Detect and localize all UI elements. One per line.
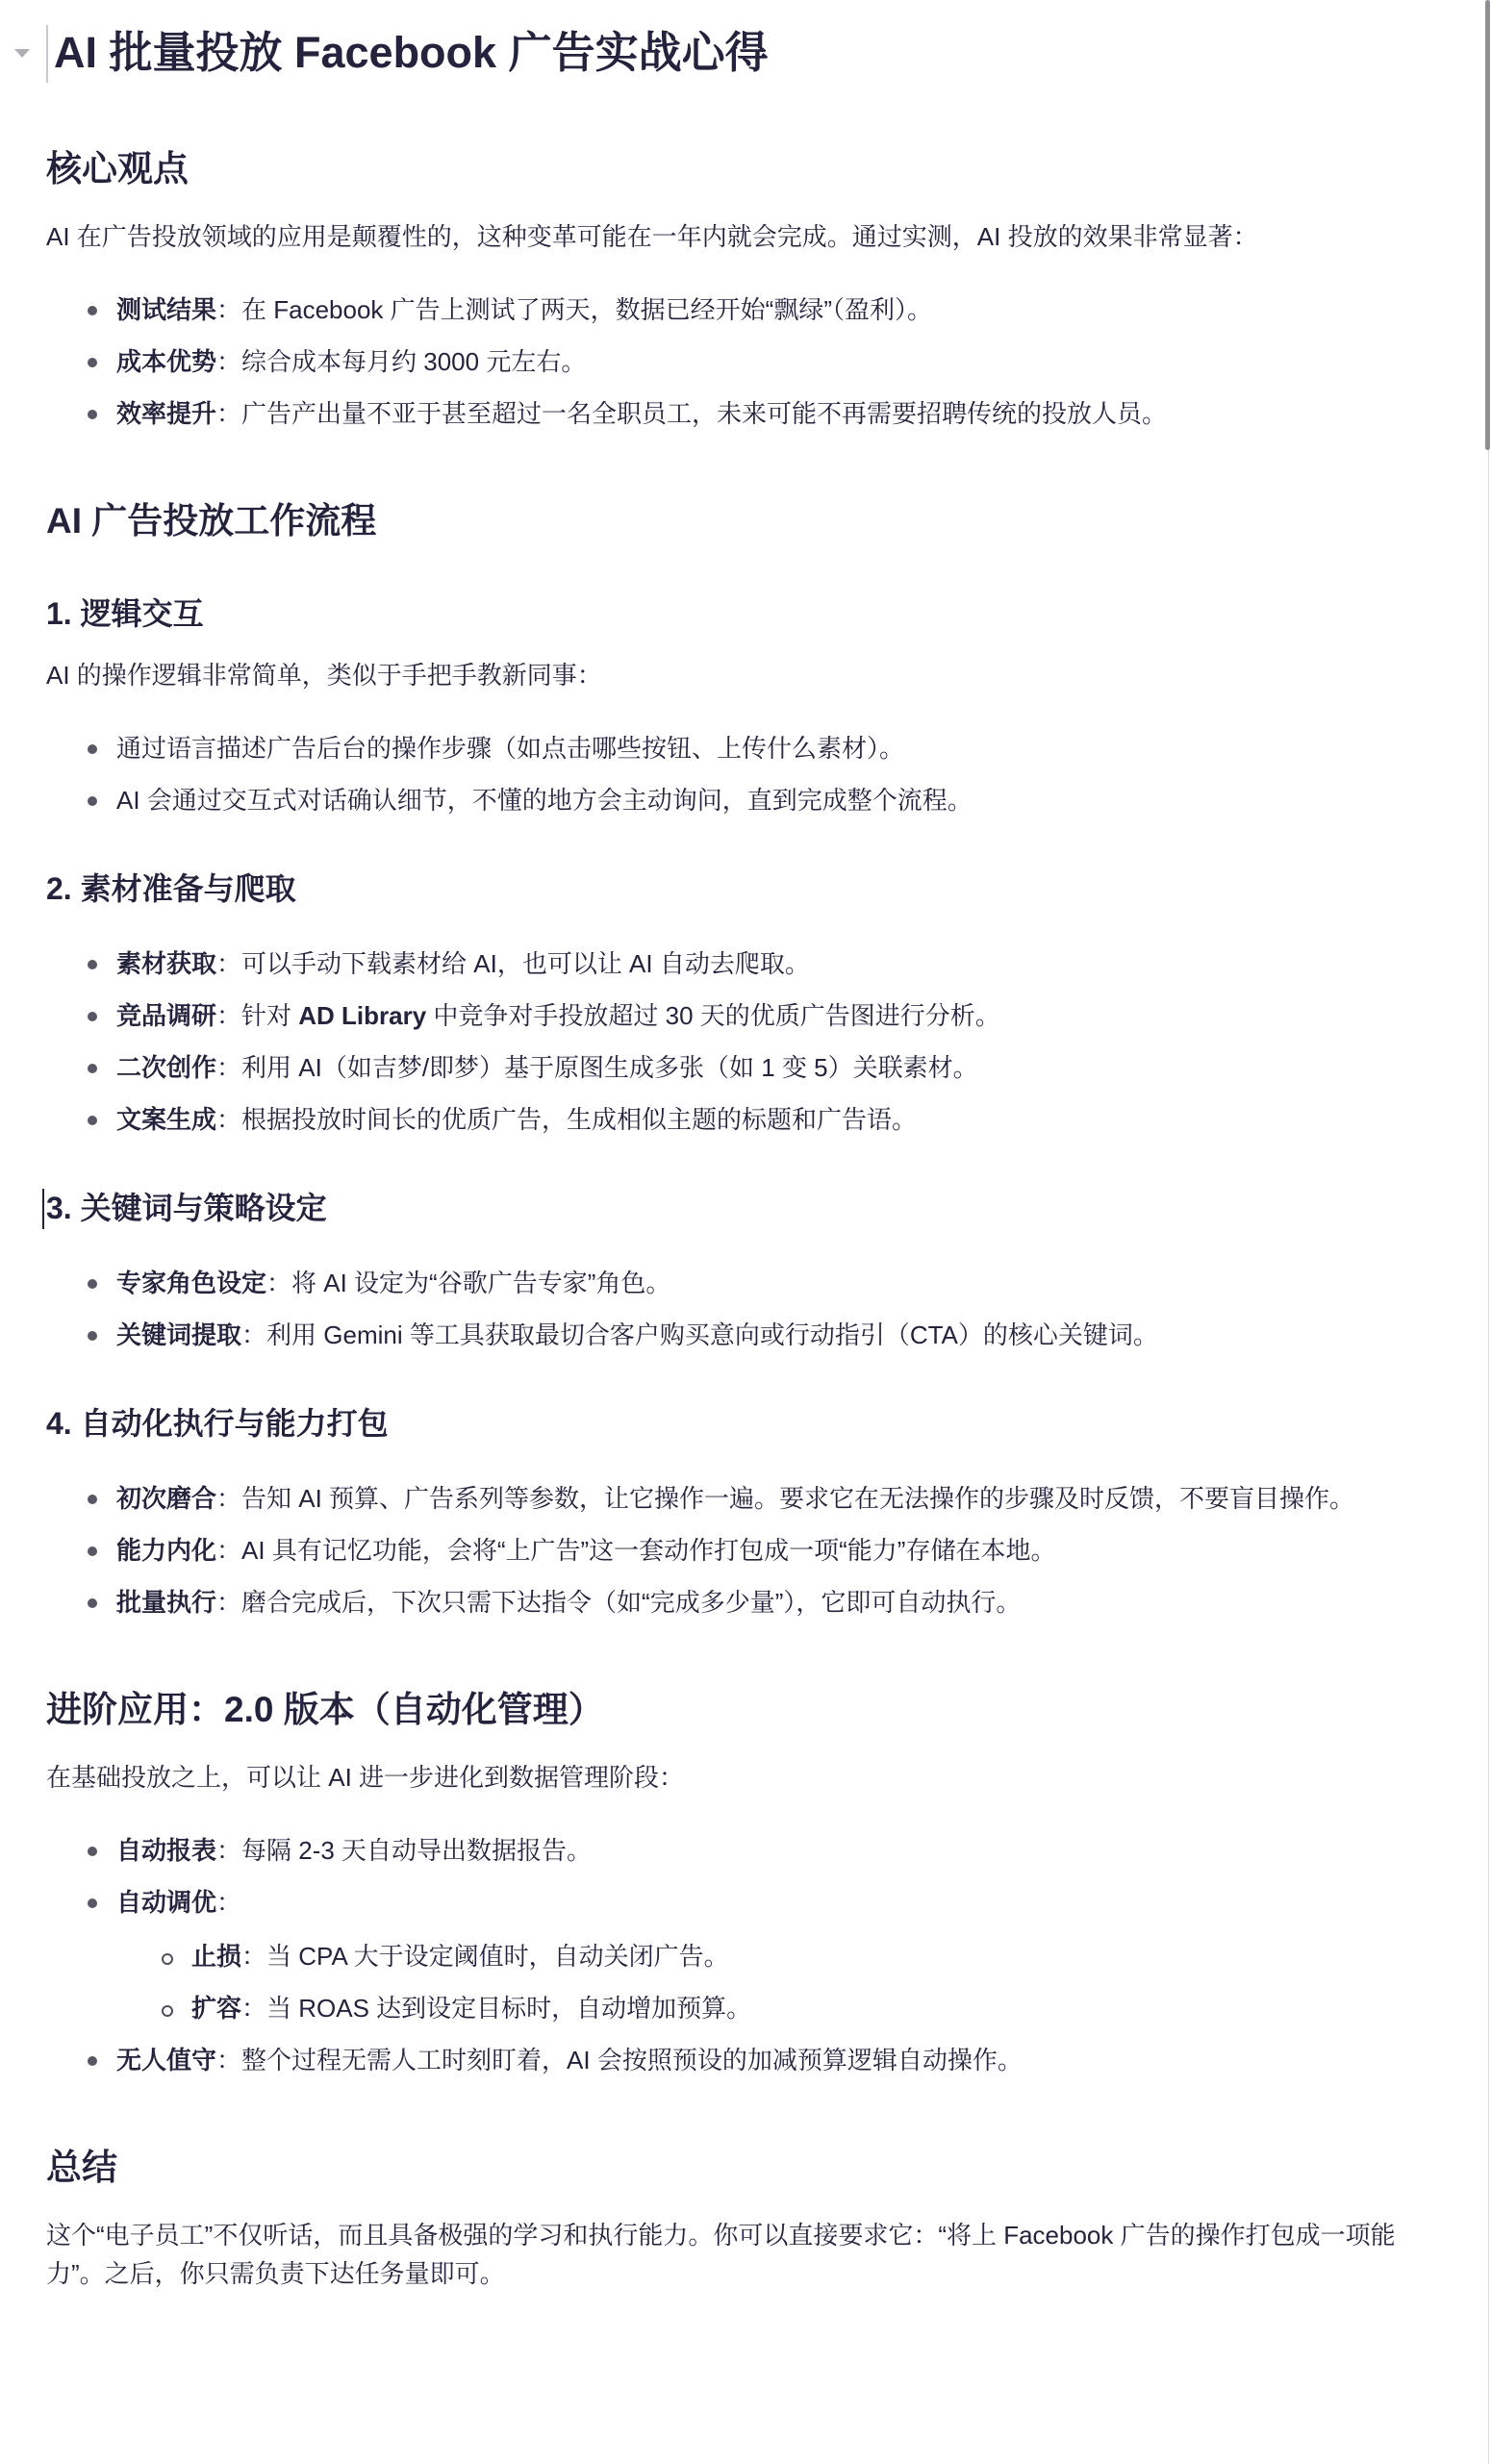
bullet-colon: ： xyxy=(216,1588,241,1617)
section-heading-workflow: AI 广告投放工作流程 xyxy=(46,498,1448,544)
section-heading-advanced: 进阶应用：2.0 版本（自动化管理） xyxy=(46,1687,1448,1733)
subsection-heading-4: 4. 自动化执行与能力打包 xyxy=(46,1402,1448,1445)
bullet-label: 能力内化 xyxy=(116,1536,216,1565)
subsection-heading-1: 1. 逻辑交互 xyxy=(46,592,1448,635)
subsection-heading-2: 2. 素材准备与爬取 xyxy=(46,867,1448,910)
subsection-heading-3: 3. 关键词与策略设定 xyxy=(46,1187,1448,1229)
collapse-arrow-icon[interactable] xyxy=(14,49,30,58)
list-item: 效率提升：广告产出量不亚于甚至超过一名全职员工，未来可能不再需要招聘传统的投放人… xyxy=(116,394,1448,433)
bullet-list-core: 测试结果：在 Facebook 广告上测试了两天，数据已经开始“飘绿”（盈利）。… xyxy=(46,290,1448,433)
bullet-colon: ： xyxy=(241,1320,266,1349)
paragraph-workflow-1-intro: AI 的操作逻辑非常简单，类似于手把手教新同事： xyxy=(46,656,1448,694)
list-item: 能力内化：AI 具有记忆功能，会将“上广告”这一套动作打包成一项“能力”存储在本… xyxy=(116,1531,1448,1570)
bullet-colon: ： xyxy=(216,399,241,428)
bullet-text: 综合成本每月约 3000 元左右。 xyxy=(241,347,586,376)
list-item: 成本优势：综合成本每月约 3000 元左右。 xyxy=(116,342,1448,381)
bullet-colon: ： xyxy=(216,2046,241,2074)
bullet-list-workflow-3: 专家角色设定：将 AI 设定为“谷歌广告专家”角色。 关键词提取：利用 Gemi… xyxy=(46,1264,1448,1354)
bullet-text: 中竞争对手投放超过 30 天的优质广告图进行分析。 xyxy=(426,1001,1000,1030)
bullet-label: 批量执行 xyxy=(116,1588,216,1617)
bullet-text: 整个过程无需人工时刻盯着，AI 会按照预设的加减预算逻辑自动操作。 xyxy=(241,2046,1023,2074)
bullet-label: 专家角色设定 xyxy=(116,1269,266,1297)
bullet-colon: ： xyxy=(216,1536,241,1565)
bullet-colon: ： xyxy=(216,1105,241,1134)
bullet-text: 将 AI 设定为“谷歌广告专家”角色。 xyxy=(291,1269,670,1297)
bullet-colon: ： xyxy=(216,1888,241,1917)
list-item: 初次磨合：告知 AI 预算、广告系列等参数，让它操作一遍。要求它在无法操作的步骤… xyxy=(116,1479,1448,1518)
text-cursor xyxy=(42,1189,44,1229)
bullet-label: 止损 xyxy=(191,1942,241,1971)
bullet-text: 针对 xyxy=(241,1001,298,1030)
bullet-text: 当 CPA 大于设定阈值时，自动关闭广告。 xyxy=(266,1942,729,1971)
sub-bullet-list-auto-tuning: 止损：当 CPA 大于设定阈值时，自动关闭广告。 扩容：当 ROAS 达到设定目… xyxy=(116,1937,1448,2027)
document-title-text: AI 批量投放 Facebook 广告实战心得 xyxy=(54,28,769,77)
sub-list-item: 扩容：当 ROAS 达到设定目标时，自动增加预算。 xyxy=(191,1989,1448,2027)
bullet-colon: ： xyxy=(216,1053,241,1082)
sub-list-item: 止损：当 CPA 大于设定阈值时，自动关闭广告。 xyxy=(191,1937,1448,1975)
title-text-cursor xyxy=(46,25,48,83)
paragraph-core-intro: AI 在广告投放领域的应用是颠覆性的，这种变革可能在一年内就会完成。通过实测，A… xyxy=(46,217,1448,256)
bullet-label: 初次磨合 xyxy=(116,1484,216,1513)
bullet-colon: ： xyxy=(266,1269,291,1297)
bullet-colon: ： xyxy=(216,1001,241,1030)
bullet-text: 磨合完成后，下次只需下达指令（如“完成多少量”），它即可自动执行。 xyxy=(241,1588,1021,1617)
list-item: 专家角色设定：将 AI 设定为“谷歌广告专家”角色。 xyxy=(116,1264,1448,1302)
bullet-label: 素材获取 xyxy=(116,949,216,978)
bullet-bold-text: AD Library xyxy=(298,1001,426,1030)
list-item: 竞品调研：针对 AD Library 中竞争对手投放超过 30 天的优质广告图进… xyxy=(116,996,1448,1035)
list-item: AI 会通过交互式对话确认细节，不懂的地方会主动询问，直到完成整个流程。 xyxy=(116,781,1448,819)
bullet-label: 自动报表 xyxy=(116,1836,216,1865)
bullet-list-advanced: 自动报表：每隔 2-3 天自动导出数据报告。 自动调优： 止损：当 CPA 大于… xyxy=(46,1831,1448,2079)
paragraph-summary: 这个“电子员工”不仅听话，而且具备极强的学习和执行能力。你可以直接要求它：“将上… xyxy=(46,2216,1448,2293)
bullet-list-workflow-4: 初次磨合：告知 AI 预算、广告系列等参数，让它操作一遍。要求它在无法操作的步骤… xyxy=(46,1479,1448,1622)
bullet-text: 通过语言描述广告后台的操作步骤（如点击哪些按钮、上传什么素材）。 xyxy=(116,734,904,763)
list-item: 批量执行：磨合完成后，下次只需下达指令（如“完成多少量”），它即可自动执行。 xyxy=(116,1583,1448,1622)
bullet-text: AI 会通过交互式对话确认细节，不懂的地方会主动询问，直到完成整个流程。 xyxy=(116,786,973,815)
bullet-text: 可以手动下载素材给 AI，也可以让 AI 自动去爬取。 xyxy=(241,949,810,978)
list-item: 文案生成：根据投放时间长的优质广告，生成相似主题的标题和广告语。 xyxy=(116,1100,1448,1139)
bullet-label: 竞品调研 xyxy=(116,1001,216,1030)
bullet-text: 广告产出量不亚于甚至超过一名全职员工，未来可能不再需要招聘传统的投放人员。 xyxy=(241,399,1167,428)
bullet-text: 当 ROAS 达到设定目标时，自动增加预算。 xyxy=(266,1994,751,2023)
bullet-colon: ： xyxy=(216,949,241,978)
bullet-label: 二次创作 xyxy=(116,1053,216,1082)
document: AI 批量投放 Facebook 广告实战心得 核心观点 AI 在广告投放领域的… xyxy=(0,0,1491,2293)
bullet-text: 利用 Gemini 等工具获取最切合客户购买意向或行动指引（CTA）的核心关键词… xyxy=(266,1320,1158,1349)
bullet-text: 每隔 2-3 天自动导出数据报告。 xyxy=(241,1836,592,1865)
bullet-label: 自动调优 xyxy=(116,1888,216,1917)
paragraph-advanced-intro: 在基础投放之上，可以让 AI 进一步进化到数据管理阶段： xyxy=(46,1758,1448,1797)
bullet-colon: ： xyxy=(241,1942,266,1971)
bullet-colon: ： xyxy=(241,1994,266,2023)
list-item: 二次创作：利用 AI（如吉梦/即梦）基于原图生成多张（如 1 变 5）关联素材。 xyxy=(116,1048,1448,1087)
bullet-label: 文案生成 xyxy=(116,1105,216,1134)
bullet-colon: ： xyxy=(216,295,241,324)
bullet-label: 成本优势 xyxy=(116,347,216,376)
section-heading-core-views: 核心观点 xyxy=(46,146,1448,192)
list-item: 无人值守：整个过程无需人工时刻盯着，AI 会按照预设的加减预算逻辑自动操作。 xyxy=(116,2041,1448,2079)
bullet-label: 关键词提取 xyxy=(116,1320,241,1349)
bullet-text: AI 具有记忆功能，会将“上广告”这一套动作打包成一项“能力”存储在本地。 xyxy=(241,1536,1055,1565)
bullet-list-workflow-1: 通过语言描述广告后台的操作步骤（如点击哪些按钮、上传什么素材）。 AI 会通过交… xyxy=(46,729,1448,819)
list-item: 自动报表：每隔 2-3 天自动导出数据报告。 xyxy=(116,1831,1448,1870)
bullet-label: 扩容 xyxy=(191,1994,241,2023)
list-item: 自动调优： 止损：当 CPA 大于设定阈值时，自动关闭广告。 扩容：当 ROAS… xyxy=(116,1883,1448,2027)
subsection-heading-3-text: 3. 关键词与策略设定 xyxy=(46,1191,327,1225)
bullet-label: 效率提升 xyxy=(116,399,216,428)
bullet-label: 测试结果 xyxy=(116,295,216,324)
list-item: 关键词提取：利用 Gemini 等工具获取最切合客户购买意向或行动指引（CTA）… xyxy=(116,1316,1448,1354)
bullet-text: 在 Facebook 广告上测试了两天，数据已经开始“飘绿”（盈利）。 xyxy=(241,295,932,324)
bullet-text: 利用 AI（如吉梦/即梦）基于原图生成多张（如 1 变 5）关联素材。 xyxy=(241,1053,978,1082)
list-item: 通过语言描述广告后台的操作步骤（如点击哪些按钮、上传什么素材）。 xyxy=(116,729,1448,767)
bullet-list-workflow-2: 素材获取：可以手动下载素材给 AI，也可以让 AI 自动去爬取。 竞品调研：针对… xyxy=(46,944,1448,1139)
bullet-colon: ： xyxy=(216,347,241,376)
bullet-text: 根据投放时间长的优质广告，生成相似主题的标题和广告语。 xyxy=(241,1105,917,1134)
list-item: 素材获取：可以手动下载素材给 AI，也可以让 AI 自动去爬取。 xyxy=(116,944,1448,983)
list-item: 测试结果：在 Facebook 广告上测试了两天，数据已经开始“飘绿”（盈利）。 xyxy=(116,290,1448,329)
bullet-label: 无人值守 xyxy=(116,2046,216,2074)
document-title: AI 批量投放 Facebook 广告实战心得 xyxy=(46,25,1448,81)
bullet-text: 告知 AI 预算、广告系列等参数，让它操作一遍。要求它在无法操作的步骤及时反馈，… xyxy=(241,1484,1354,1513)
section-heading-summary: 总结 xyxy=(46,2145,1448,2191)
bullet-colon: ： xyxy=(216,1836,241,1865)
scrollbar-thumb[interactable] xyxy=(1485,0,1490,450)
bullet-colon: ： xyxy=(216,1484,241,1513)
